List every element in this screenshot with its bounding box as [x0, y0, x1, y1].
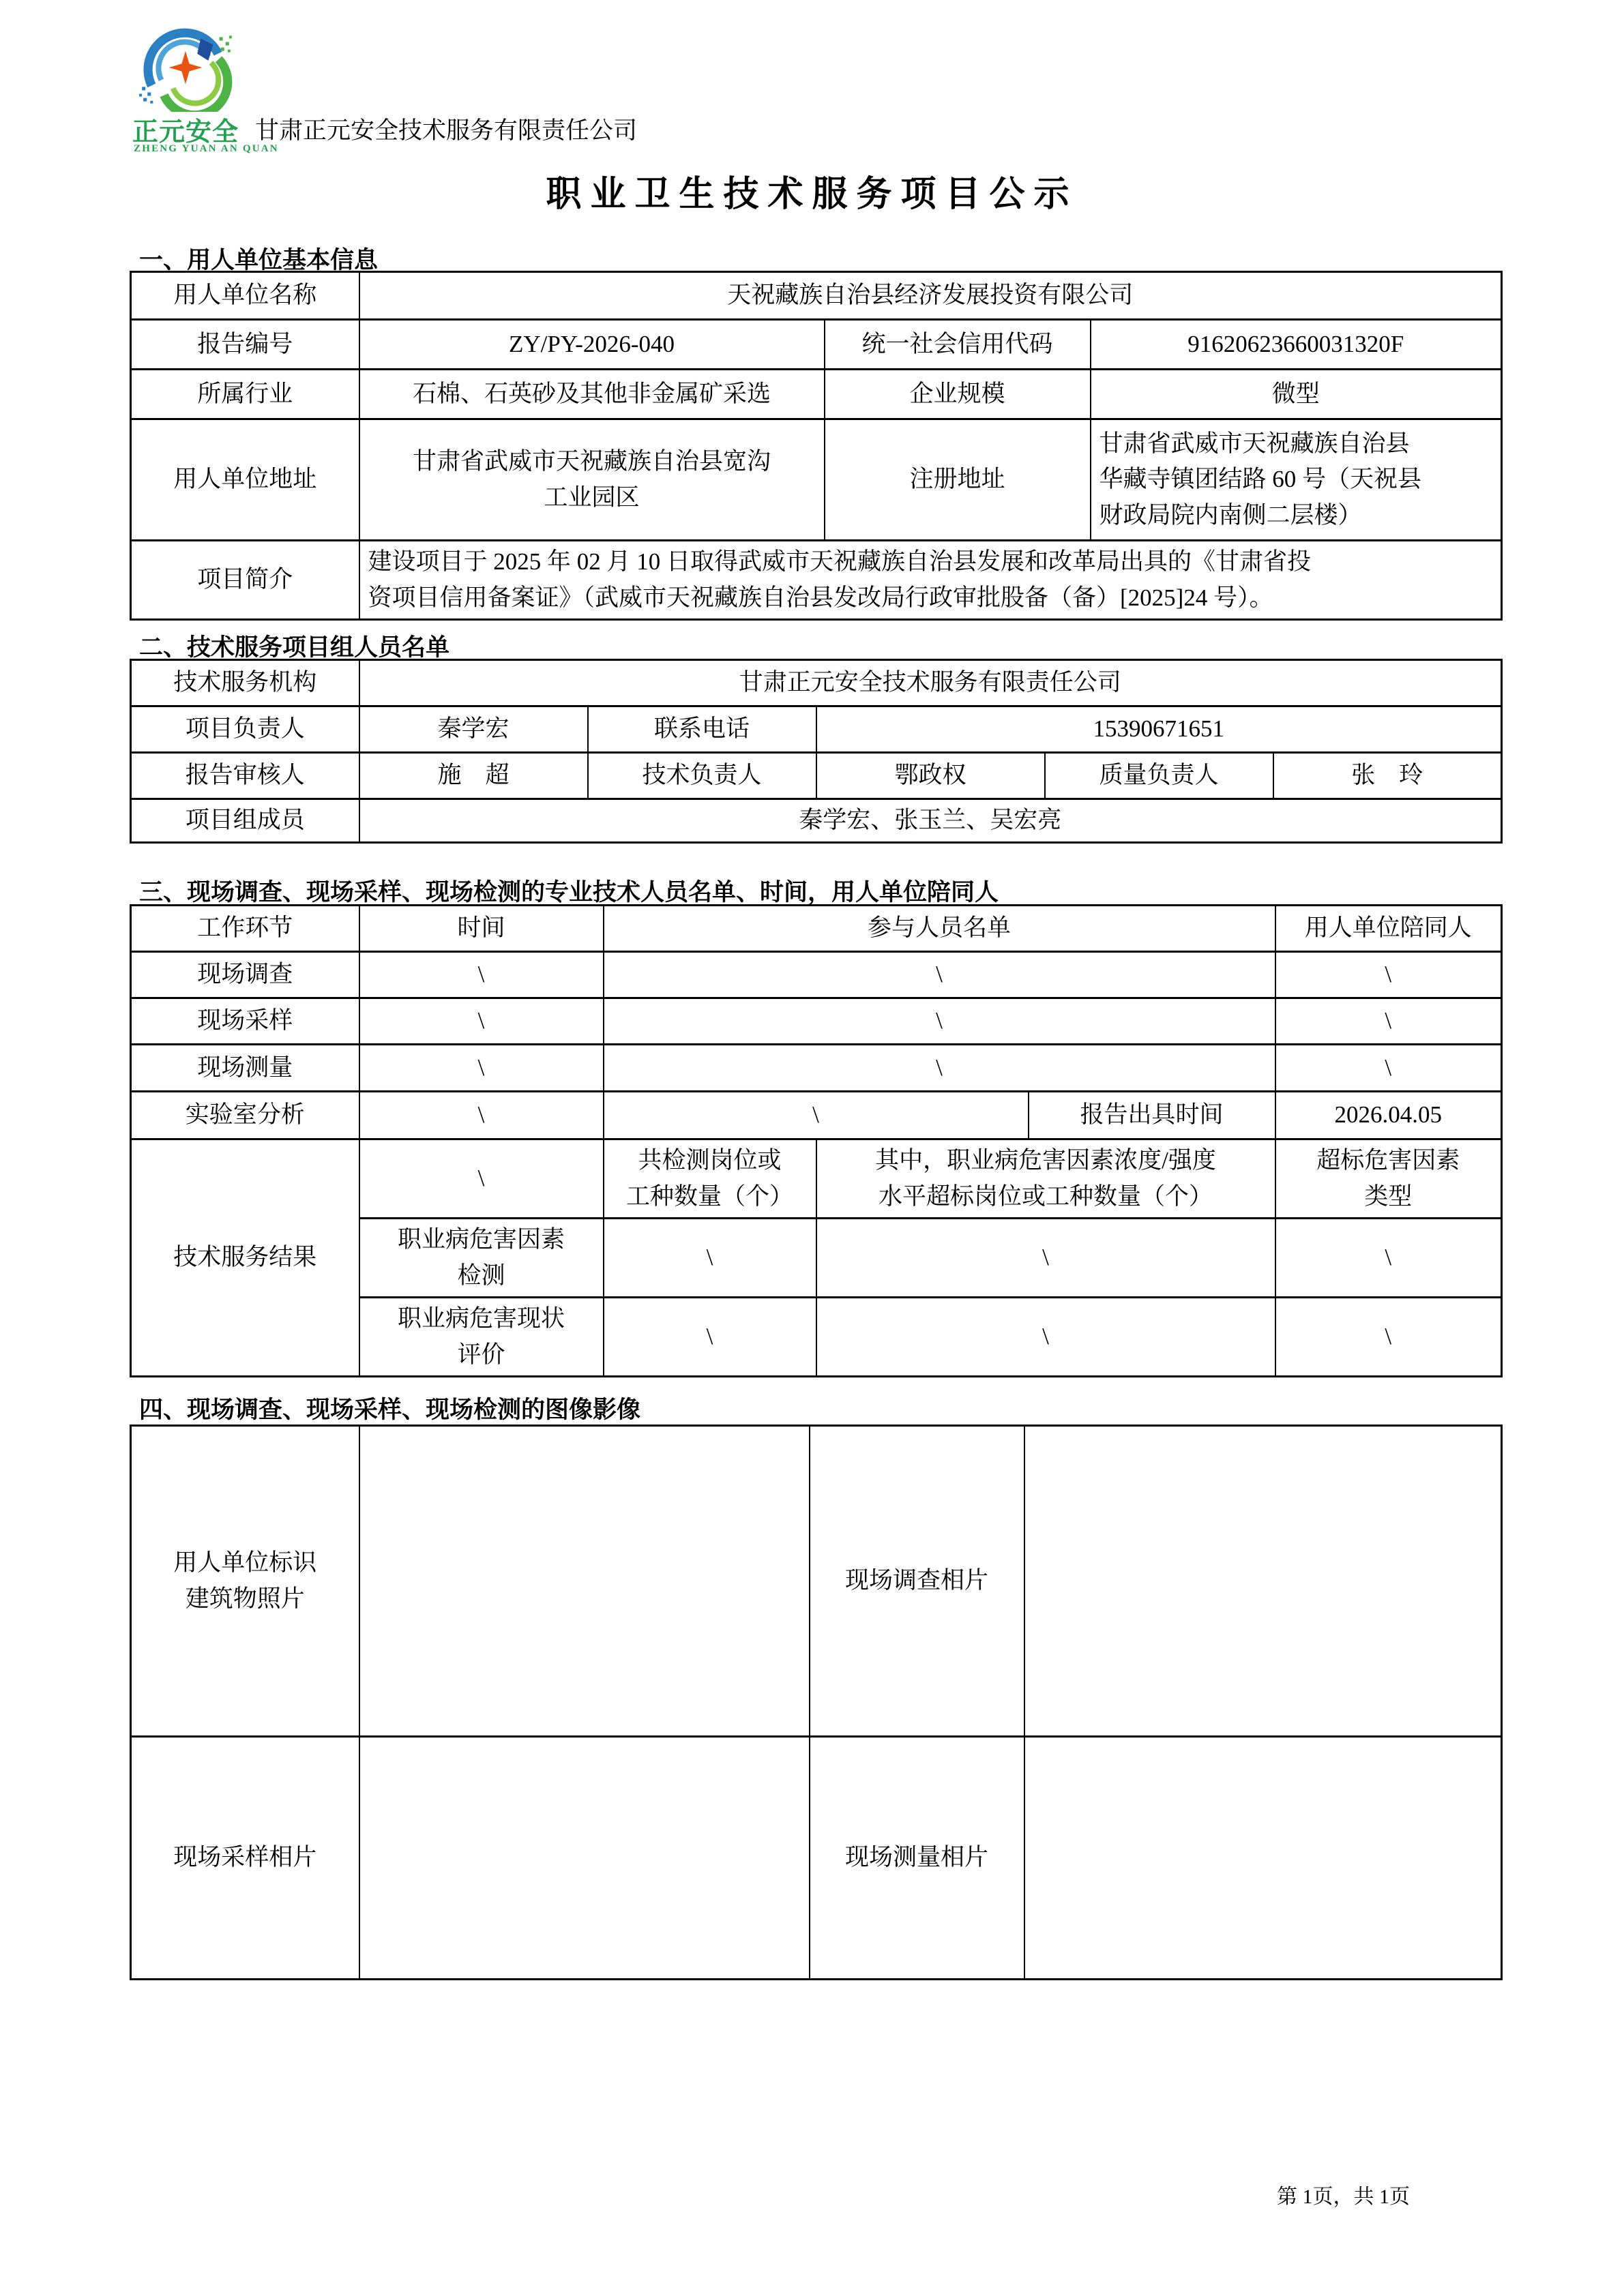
lab-time-cell: \ — [359, 1092, 604, 1139]
step-label-cell: 现场测量 — [131, 1045, 359, 1092]
logo-blue-pixels — [139, 87, 153, 103]
scale-cell: 微型 — [1091, 370, 1502, 419]
report-date-cell: 2026.04.05 — [1275, 1092, 1502, 1139]
table-header-row: 工作环节 时间 参与人员名单 用人单位陪同人 — [131, 906, 1502, 952]
time-value-cell: \ — [359, 952, 604, 998]
phone-cell: 15390671651 — [816, 706, 1502, 753]
exceed-header-cell: 其中，职业病危害因素浓度/强度 水平超标岗位或工种数量（个） — [816, 1139, 1275, 1219]
tech-lead-label-cell: 技术负责人 — [588, 753, 816, 799]
reg-address-label-cell: 注册地址 — [825, 419, 1091, 541]
detected-value-cell: \ — [604, 1298, 816, 1377]
logo-wordmark: 正元安全 — [132, 110, 239, 148]
detection-label-cell: 职业病危害因素 检测 — [359, 1219, 604, 1298]
table-row: 项目简介 建设项目于 2025 年 02 月 10 日取得武威市天祝藏族自治县发… — [131, 541, 1502, 620]
table-row: 用人单位地址 甘肃省武威市天祝藏族自治县宽沟 工业园区 注册地址 甘肃省武威市天… — [131, 419, 1502, 541]
address-cell: 甘肃省武威市天祝藏族自治县宽沟 工业园区 — [359, 419, 825, 541]
section2-heading: 二、技术服务项目组人员名单 — [139, 629, 449, 663]
escort-value-cell: \ — [1275, 998, 1502, 1045]
table-row: 现场测量 \ \ \ — [131, 1045, 1502, 1092]
result-label-cell: 技术服务结果 — [131, 1139, 359, 1377]
lab-people-cell: \ — [604, 1092, 1029, 1139]
reviewer-cell: 施 超 — [359, 753, 588, 799]
credit-code-cell: 91620623660031320F — [1091, 320, 1502, 370]
time-value-cell: \ — [359, 1045, 604, 1092]
members-label-cell: 项目组成员 — [131, 799, 359, 843]
table-row: 现场采样 \ \ \ — [131, 998, 1502, 1045]
intro-cell: 建设项目于 2025 年 02 月 10 日取得武威市天祝藏族自治县发展和改革局… — [359, 541, 1502, 620]
report-date-label-cell: 报告出具时间 — [1029, 1092, 1275, 1139]
people-value-cell: \ — [604, 1045, 1275, 1092]
result-slash-cell: \ — [359, 1139, 604, 1219]
table-row: 所属行业 石棉、石英砂及其他非金属矿采选 企业规模 微型 — [131, 370, 1502, 419]
report-no-label-cell: 报告编号 — [131, 320, 359, 370]
leader-cell: 秦学宏 — [359, 706, 588, 753]
industry-label-cell: 所属行业 — [131, 370, 359, 419]
credit-code-label-cell: 统一社会信用代码 — [825, 320, 1091, 370]
table-row: 现场采样相片 现场测量相片 — [131, 1737, 1502, 1980]
table-row: 实验室分析 \ \ 报告出具时间 2026.04.05 — [131, 1092, 1502, 1139]
employer-name-cell: 天祝藏族自治县经济发展投资有限公司 — [359, 272, 1502, 320]
service-company-name: 甘肃正元安全技术服务有限责任公司 — [255, 112, 637, 146]
intro-label-cell: 项目简介 — [131, 541, 359, 620]
detected-value-cell: \ — [604, 1219, 816, 1298]
section4-heading: 四、现场调查、现场采样、现场检测的图像影像 — [139, 1391, 640, 1425]
tech-lead-cell: 鄂政权 — [816, 753, 1045, 799]
report-no-cell: ZY/PY-2026-040 — [359, 320, 825, 370]
quality-lead-cell: 张 玲 — [1273, 753, 1502, 799]
table-row: 项目组成员 秦学宏、张玉兰、吴宏亮 — [131, 799, 1502, 843]
table-row: 报告编号 ZY/PY-2026-040 统一社会信用代码 91620623660… — [131, 320, 1502, 370]
page-title: 职业卫生技术服务项目公示 — [0, 165, 1624, 216]
table-row: 用人单位名称 天祝藏族自治县经济发展投资有限公司 — [131, 272, 1502, 320]
document-page: 正元安全 ZHENG YUAN AN QUAN 甘肃正元安全技术服务有限责任公司… — [0, 0, 1624, 2296]
project-team-table: 技术服务机构 甘肃正元安全技术服务有限责任公司 项目负责人 秦学宏 联系电话 1… — [130, 659, 1503, 844]
employer-info-table: 用人单位名称 天祝藏族自治县经济发展投资有限公司 报告编号 ZY/PY-2026… — [130, 271, 1503, 621]
fieldwork-table: 工作环节 时间 参与人员名单 用人单位陪同人 现场调查 \ \ \ 现场采样 \… — [130, 904, 1503, 1377]
people-value-cell: \ — [604, 952, 1275, 998]
escort-value-cell: \ — [1275, 952, 1502, 998]
type-value-cell: \ — [1275, 1298, 1502, 1377]
reg-address-cell: 甘肃省武威市天祝藏族自治县 华藏寺镇团结路 60 号（天祝县 财政局院内南侧二层… — [1091, 419, 1502, 541]
time-value-cell: \ — [359, 998, 604, 1045]
table-row: 技术服务机构 甘肃正元安全技术服务有限责任公司 — [131, 660, 1502, 706]
company-logo-icon — [135, 19, 240, 112]
step-label-cell: 现场调查 — [131, 952, 359, 998]
quality-lead-label-cell: 质量负责人 — [1045, 753, 1273, 799]
step-header-cell: 工作环节 — [131, 906, 359, 952]
reviewer-label-cell: 报告审核人 — [131, 753, 359, 799]
sampling-photo-label-cell: 现场采样相片 — [131, 1737, 359, 1980]
scale-label-cell: 企业规模 — [825, 370, 1091, 419]
address-label-cell: 用人单位地址 — [131, 419, 359, 541]
detected-header-cell: 共检测岗位或 工种数量（个） — [604, 1139, 816, 1219]
building-photo-label-cell: 用人单位标识 建筑物照片 — [131, 1426, 359, 1737]
table-row: 技术服务结果 \ 共检测岗位或 工种数量（个） 其中，职业病危害因素浓度/强度 … — [131, 1139, 1502, 1219]
people-value-cell: \ — [604, 998, 1275, 1045]
exceed-value-cell: \ — [816, 1298, 1275, 1377]
escort-value-cell: \ — [1275, 1045, 1502, 1092]
section3-heading: 三、现场调查、现场采样、现场检测的专业技术人员名单、时间，用人单位陪同人 — [139, 874, 999, 908]
table-row: 项目负责人 秦学宏 联系电话 15390671651 — [131, 706, 1502, 753]
type-header-cell: 超标危害因素 类型 — [1275, 1139, 1502, 1219]
photos-table: 用人单位标识 建筑物照片 现场调查相片 现场采样相片 现场测量相片 — [130, 1425, 1503, 1980]
phone-label-cell: 联系电话 — [588, 706, 816, 753]
lab-label-cell: 实验室分析 — [131, 1092, 359, 1139]
evaluation-label-cell: 职业病危害现状 评价 — [359, 1298, 604, 1377]
survey-photo-cell — [1024, 1426, 1502, 1737]
exceed-value-cell: \ — [816, 1219, 1275, 1298]
page-number: 第 1页，共 1页 — [1277, 2179, 1410, 2209]
step-label-cell: 现场采样 — [131, 998, 359, 1045]
table-row: 报告审核人 施 超 技术负责人 鄂政权 质量负责人 张 玲 — [131, 753, 1502, 799]
members-cell: 秦学宏、张玉兰、吴宏亮 — [359, 799, 1502, 843]
survey-photo-label-cell: 现场调查相片 — [810, 1426, 1024, 1737]
table-row: 现场调查 \ \ \ — [131, 952, 1502, 998]
escort-header-cell: 用人单位陪同人 — [1275, 906, 1502, 952]
building-photo-cell — [359, 1426, 810, 1737]
time-header-cell: 时间 — [359, 906, 604, 952]
logo-star-icon — [169, 51, 203, 85]
sampling-photo-cell — [359, 1737, 810, 1980]
org-cell: 甘肃正元安全技术服务有限责任公司 — [359, 660, 1502, 706]
logo-green-pixels — [220, 35, 232, 52]
measure-photo-label-cell: 现场测量相片 — [810, 1737, 1024, 1980]
people-header-cell: 参与人员名单 — [604, 906, 1275, 952]
industry-cell: 石棉、石英砂及其他非金属矿采选 — [359, 370, 825, 419]
org-label-cell: 技术服务机构 — [131, 660, 359, 706]
measure-photo-cell — [1024, 1737, 1502, 1980]
table-row: 用人单位标识 建筑物照片 现场调查相片 — [131, 1426, 1502, 1737]
leader-label-cell: 项目负责人 — [131, 706, 359, 753]
employer-name-label-cell: 用人单位名称 — [131, 272, 359, 320]
type-value-cell: \ — [1275, 1219, 1502, 1298]
